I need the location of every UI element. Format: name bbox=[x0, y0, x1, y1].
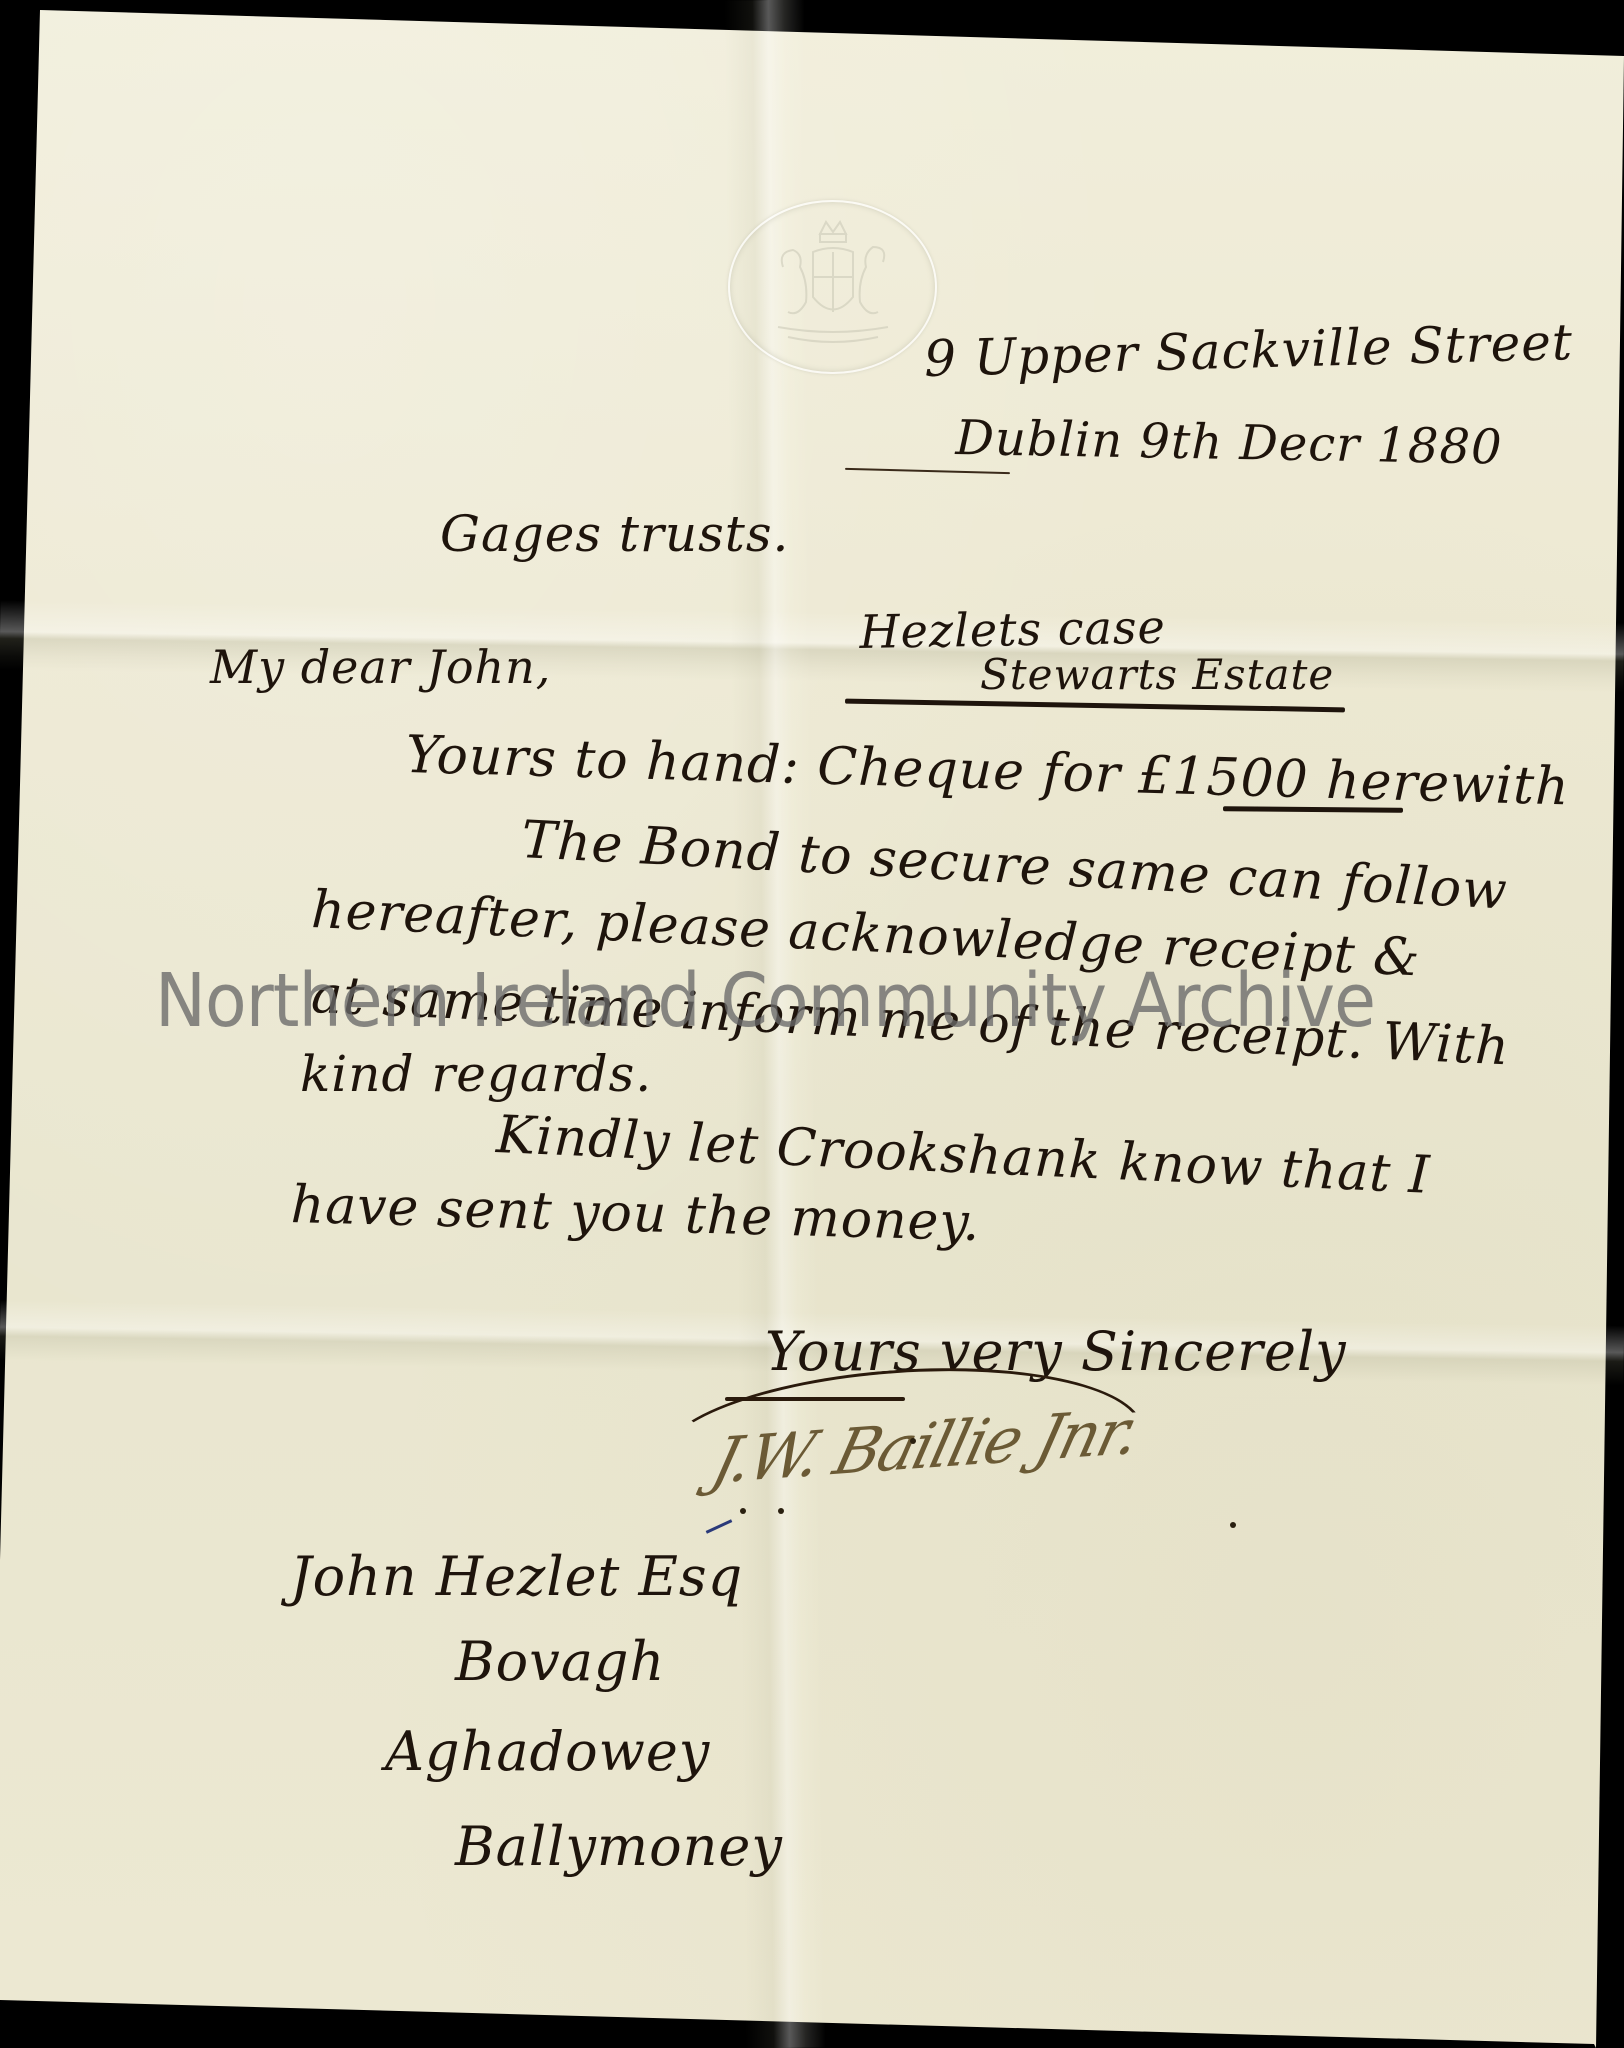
embossed-crest-icon bbox=[728, 200, 937, 374]
recipient-line-3: Ballymoney bbox=[455, 1815, 783, 1878]
salutation: My dear John, bbox=[210, 640, 551, 694]
signature-dot bbox=[740, 1508, 746, 1514]
signature-dot bbox=[1230, 1522, 1236, 1528]
signature-dot bbox=[778, 1508, 784, 1514]
archive-watermark: Northern Ireland Community Archive bbox=[155, 958, 1375, 1044]
body-line-5: kind regards. bbox=[300, 1045, 652, 1103]
estate-line: Stewarts Estate bbox=[980, 650, 1334, 699]
recipient-name: John Hezlet Esq bbox=[290, 1545, 743, 1608]
recipient-line-1: Bovagh bbox=[455, 1630, 665, 1693]
coat-of-arms-icon bbox=[748, 212, 918, 362]
date-line: Dublin 9th Decr 1880 bbox=[955, 410, 1503, 476]
trust-heading: Gages trusts. bbox=[440, 505, 789, 563]
signature-dot bbox=[910, 1438, 916, 1444]
recipient-line-2: Aghadowey bbox=[385, 1720, 710, 1783]
